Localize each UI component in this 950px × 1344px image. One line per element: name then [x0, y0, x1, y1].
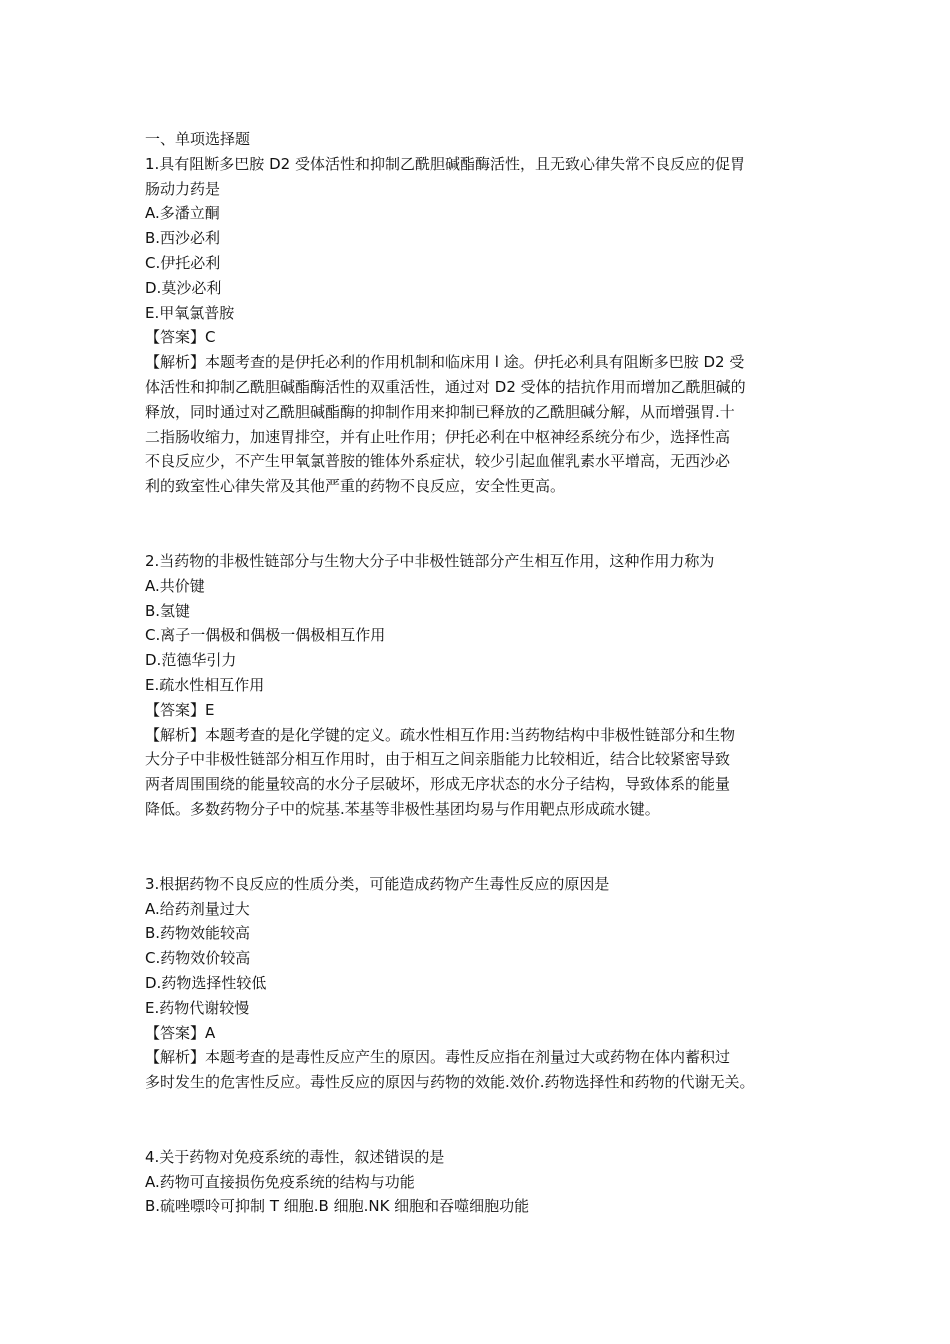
analysis-line: 两者周围围绕的能量较高的水分子层破坏，形成无序状态的水分子结构，导致体系的能量 [145, 772, 813, 797]
section-title: 一、单项选择题 [145, 127, 825, 152]
option-b: B.氢键 [145, 599, 825, 624]
spacer [145, 1095, 825, 1145]
option-e: E.疏水性相互作用 [145, 673, 825, 698]
option-b: B.硫唑嘌呤可抑制 T 细胞.B 细胞.NK 细胞和吞噬细胞功能 [145, 1194, 825, 1219]
analysis: 【解析】本题考查的是化学键的定义。疏水性相互作用:当药物结构中非极性链部分和生物… [145, 723, 813, 822]
spacer [145, 499, 825, 549]
question-4: 4.关于药物对免疫系统的毒性，叙述错误的是 A.药物可直接损伤免疫系统的结构与功… [145, 1145, 825, 1219]
document-page: 一、单项选择题 1.具有阻断多巴胺 D2 受体活性和抑制乙酰胆碱酯酶活性，且无致… [145, 127, 825, 1219]
question-stem: 肠动力药是 [145, 177, 825, 202]
analysis-line: 多时发生的危害性反应。毒性反应的原因与药物的效能.效价.药物选择性和药物的代谢无… [145, 1070, 813, 1095]
option-d: D.药物选择性较低 [145, 971, 825, 996]
question-2: 2.当药物的非极性链部分与生物大分子中非极性链部分产生相互作用，这种作用力称为 … [145, 549, 825, 822]
option-c: C.离子一偶极和偶极一偶极相互作用 [145, 623, 825, 648]
option-a: A.药物可直接损伤免疫系统的结构与功能 [145, 1170, 825, 1195]
spacer [145, 822, 825, 872]
option-e: E.甲氧氯普胺 [145, 301, 825, 326]
analysis-line: 【解析】本题考查的是化学键的定义。疏水性相互作用:当药物结构中非极性链部分和生物 [145, 723, 813, 748]
option-c: C.药物效价较高 [145, 946, 825, 971]
analysis-line: 大分子中非极性链部分相互作用时，由于相互之间亲脂能力比较相近，结合比较紧密导致 [145, 747, 813, 772]
question-stem: 4.关于药物对免疫系统的毒性，叙述错误的是 [145, 1145, 825, 1170]
analysis: 【解析】本题考查的是伊托必利的作用机制和临床用 l 途。伊托必利具有阻断多巴胺 … [145, 350, 813, 499]
option-d: D.范德华引力 [145, 648, 825, 673]
question-stem: 1.具有阻断多巴胺 D2 受体活性和抑制乙酰胆碱酯酶活性，且无致心律失常不良反应… [145, 152, 825, 177]
answer: 【答案】E [145, 698, 825, 723]
question-1: 1.具有阻断多巴胺 D2 受体活性和抑制乙酰胆碱酯酶活性，且无致心律失常不良反应… [145, 152, 825, 499]
analysis-line: 降低。多数药物分子中的烷基.苯基等非极性基团均易与作用靶点形成疏水键。 [145, 797, 813, 822]
option-e: E.药物代谢较慢 [145, 996, 825, 1021]
option-a: A.给药剂量过大 [145, 897, 825, 922]
option-a: A.共价键 [145, 574, 825, 599]
answer: 【答案】C [145, 325, 825, 350]
analysis-line: 二指肠收缩力，加速胃排空，并有止吐作用；伊托必利在中枢神经系统分布少，选择性高 [145, 425, 813, 450]
option-b: B.西沙必利 [145, 226, 825, 251]
option-b: B.药物效能较高 [145, 921, 825, 946]
question-stem: 3.根据药物不良反应的性质分类，可能造成药物产生毒性反应的原因是 [145, 872, 825, 897]
analysis-line: 体活性和抑制乙酰胆碱酯酶活性的双重活性，通过对 D2 受体的拮抗作用而增加乙酰胆… [145, 375, 813, 400]
analysis-line: 【解析】本题考查的是毒性反应产生的原因。毒性反应指在剂量过大或药物在体内蓄积过 [145, 1045, 813, 1070]
option-c: C.伊托必利 [145, 251, 825, 276]
analysis-line: 释放，同时通过对乙酰胆碱酯酶的抑制作用来抑制已释放的乙酰胆碱分解，从而增强胃.十 [145, 400, 813, 425]
answer: 【答案】A [145, 1021, 825, 1046]
analysis-line: 利的致室性心律失常及其他严重的药物不良反应，安全性更高。 [145, 474, 813, 499]
question-3: 3.根据药物不良反应的性质分类，可能造成药物产生毒性反应的原因是 A.给药剂量过… [145, 872, 825, 1095]
question-stem: 2.当药物的非极性链部分与生物大分子中非极性链部分产生相互作用，这种作用力称为 [145, 549, 825, 574]
option-a: A.多潘立酮 [145, 201, 825, 226]
analysis: 【解析】本题考查的是毒性反应产生的原因。毒性反应指在剂量过大或药物在体内蓄积过 … [145, 1045, 813, 1095]
analysis-line: 不良反应少，不产生甲氧氯普胺的锥体外系症状，较少引起血催乳素水平增高，无西沙必 [145, 449, 813, 474]
analysis-line: 【解析】本题考查的是伊托必利的作用机制和临床用 l 途。伊托必利具有阻断多巴胺 … [145, 350, 813, 375]
option-d: D.莫沙必利 [145, 276, 825, 301]
